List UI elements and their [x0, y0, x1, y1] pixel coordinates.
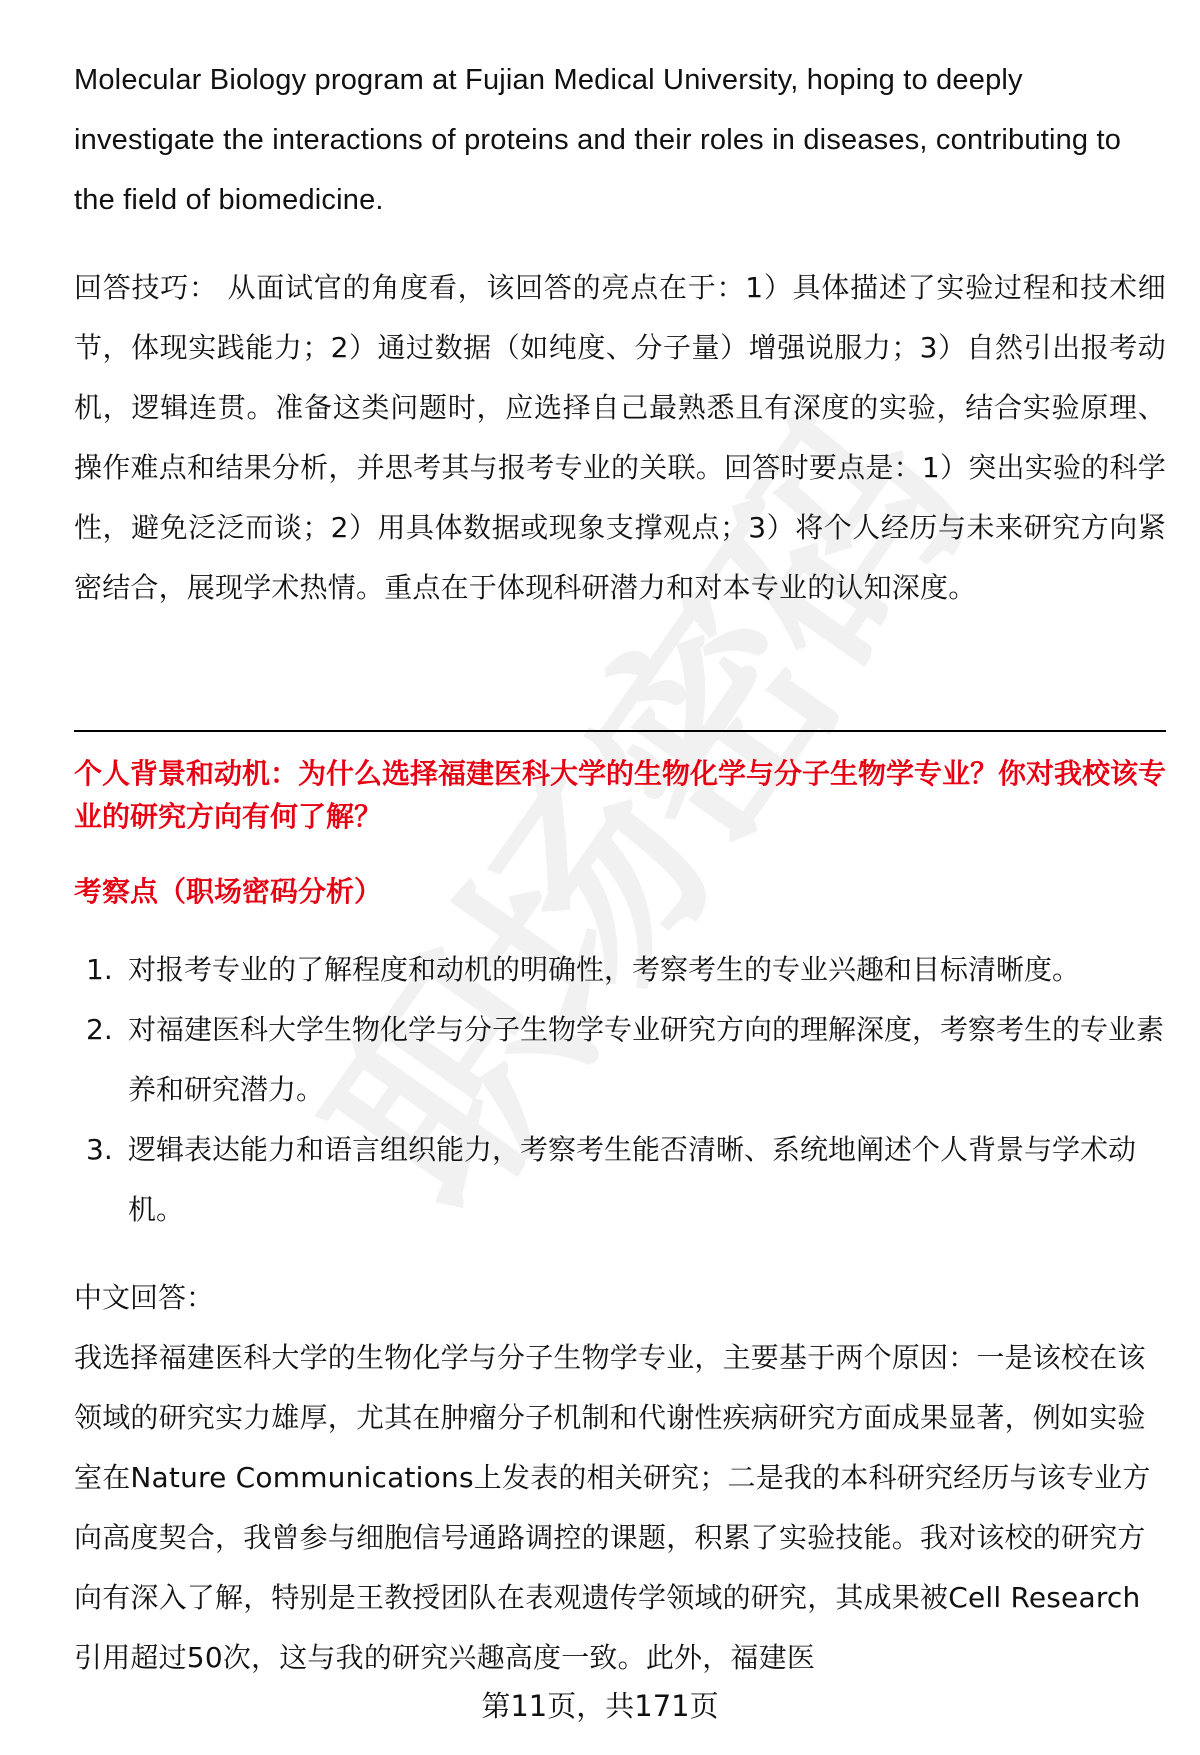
list-item-number: 3.: [86, 1120, 113, 1180]
list-item-text: 逻辑表达能力和语言组织能力，考察考生能否清晰、系统地阐述个人背景与学术动机。: [128, 1133, 1136, 1226]
chinese-answer-paragraph: 我选择福建医科大学的生物化学与分子生物学专业，主要基于两个原因：一是该校在该领域…: [74, 1328, 1166, 1688]
analysis-heading: 考察点（职场密码分析）: [74, 870, 382, 913]
list-item-text: 对报考专业的了解程度和动机的明确性，考察考生的专业兴趣和目标清晰度。: [128, 953, 1080, 986]
list-item-number: 1.: [86, 940, 113, 1000]
answer-tips-label: 回答技巧：: [74, 271, 218, 304]
chinese-answer-label: 中文回答：: [74, 1268, 214, 1328]
list-item: 1. 对报考专业的了解程度和动机的明确性，考察考生的专业兴趣和目标清晰度。: [74, 940, 1166, 1000]
section-divider: [74, 730, 1166, 732]
answer-tips-paragraph: 回答技巧： 从面试官的角度看，该回答的亮点在于：1）具体描述了实验过程和技术细节…: [74, 258, 1166, 618]
question-title: 个人背景和动机：为什么选择福建医科大学的生物化学与分子生物学专业？你对我校该专业…: [74, 752, 1166, 838]
answer-tips-text: 从面试官的角度看，该回答的亮点在于：1）具体描述了实验过程和技术细节，体现实践能…: [74, 271, 1166, 604]
list-item: 2. 对福建医科大学生物化学与分子生物学专业研究方向的理解深度，考察考生的专业素…: [74, 1000, 1166, 1120]
list-item: 3. 逻辑表达能力和语言组织能力，考察考生能否清晰、系统地阐述个人背景与学术动机…: [74, 1120, 1166, 1240]
english-answer-paragraph: Molecular Biology program at Fujian Medi…: [74, 50, 1166, 230]
list-item-number: 2.: [86, 1000, 113, 1060]
analysis-points-list: 1. 对报考专业的了解程度和动机的明确性，考察考生的专业兴趣和目标清晰度。 2.…: [74, 940, 1166, 1240]
list-item-text: 对福建医科大学生物化学与分子生物学专业研究方向的理解深度，考察考生的专业素养和研…: [128, 1013, 1164, 1106]
page-indicator: 第11页，共171页: [0, 1684, 1200, 1728]
